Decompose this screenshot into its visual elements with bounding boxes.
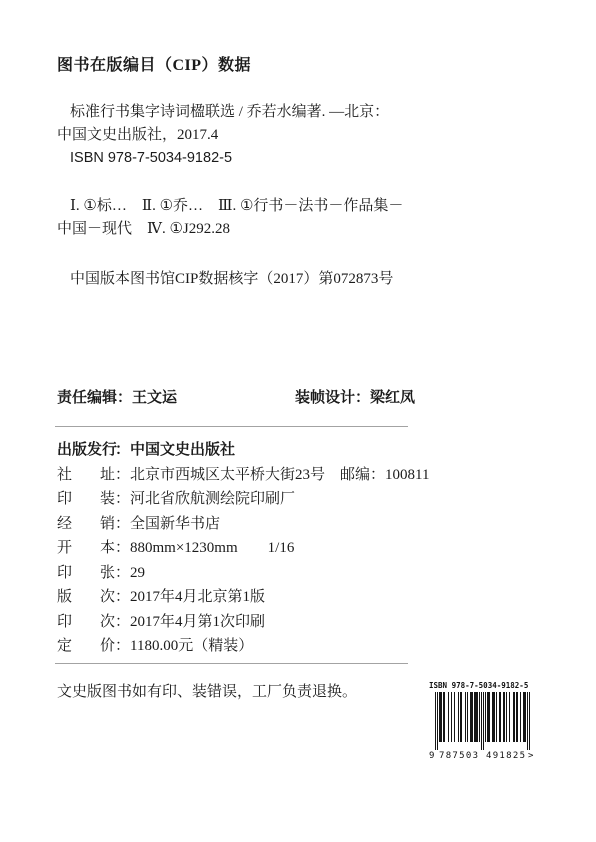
editor-credit: 责任编辑：王文运	[57, 390, 177, 406]
designer-name: 梁红凤	[370, 390, 415, 406]
colon: ：	[115, 634, 130, 659]
pub-row-value: 北京市西城区太平桥大街23号 邮编：100811	[130, 463, 429, 488]
cip-classification-line: 中国－现代 Ⅳ. ①J292.28	[57, 218, 403, 241]
credits-row: 责任编辑：王文运 装帧设计：梁红凤	[57, 386, 537, 407]
colon: ：	[355, 390, 370, 406]
isbn-barcode: ISBN 978-7-5034-9182-5 9787503491825>	[428, 681, 534, 760]
return-note: 文史版图书如有印、装错误，工厂负责退换。	[57, 680, 357, 701]
cip-entry-line: 标准行书集字诗词楹联选 / 乔若水编著. —北京：	[57, 101, 389, 124]
colon: ：	[115, 438, 130, 463]
pub-row-label: 开本	[57, 536, 115, 561]
cip-entry-paragraph: 标准行书集字诗词楹联选 / 乔若水编著. —北京： 中国文史出版社，2017.4…	[57, 101, 389, 170]
pub-row-publisher: 出版发行：中国文史出版社	[57, 438, 429, 463]
pub-row-label: 印装	[57, 487, 115, 512]
pub-row-label: 经销	[57, 512, 115, 537]
designer-credit: 装帧设计：梁红凤	[295, 386, 415, 407]
pub-row-value: 2017年4月北京第1版	[130, 585, 265, 610]
pub-row-label: 社址	[57, 463, 115, 488]
colon: ：	[115, 536, 130, 561]
colon: ：	[115, 487, 130, 512]
barcode-svg: 9787503491825>	[428, 692, 534, 760]
pub-row-label: 出版发行	[57, 438, 115, 463]
pub-row-label: 印张	[57, 561, 115, 586]
pub-row-printer: 印装：河北省欣航测绘院印刷厂	[57, 487, 429, 512]
colon: ：	[115, 512, 130, 537]
pub-row-label: 印次	[57, 610, 115, 635]
designer-label: 装帧设计	[295, 390, 355, 406]
barcode-right-digits: 491825	[486, 751, 525, 760]
pub-row-value: 2017年4月第1次印刷	[130, 610, 265, 635]
pub-row-label: 版次	[57, 585, 115, 610]
cip-entry-line: 中国文史出版社，2017.4	[57, 124, 389, 147]
divider-top	[55, 426, 408, 427]
copyright-page: 图书在版编目（CIP）数据 标准行书集字诗词楹联选 / 乔若水编著. —北京： …	[0, 0, 596, 842]
colon: ：	[115, 585, 130, 610]
colon: ：	[115, 561, 130, 586]
pub-row-value: 全国新华书店	[130, 512, 220, 537]
barcode-lead-digit: 9	[429, 751, 434, 760]
cip-isbn-line: ISBN 978-7-5034-9182-5	[57, 147, 389, 170]
barcode-left-digits: 787503	[439, 751, 478, 760]
pub-row-value: 河北省欣航测绘院印刷厂	[130, 487, 295, 512]
pub-row-edition: 版次：2017年4月北京第1版	[57, 585, 429, 610]
pub-row-label: 定价	[57, 634, 115, 659]
pub-row-price: 定价：1180.00元（精装）	[57, 634, 429, 659]
editor-name: 王文运	[132, 390, 177, 406]
pub-row-value: 中国文史出版社	[130, 438, 235, 463]
editor-label: 责任编辑	[57, 390, 117, 406]
pub-row-value: 1180.00元（精装）	[130, 634, 253, 659]
cip-classification-paragraph: Ⅰ. ①标… Ⅱ. ①乔… Ⅲ. ①行书－法书－作品集－ 中国－现代 Ⅳ. ①J…	[57, 195, 403, 241]
pub-row-distributor: 经销：全国新华书店	[57, 512, 429, 537]
colon: ：	[115, 463, 130, 488]
colon: ：	[115, 610, 130, 635]
pub-row-address: 社址：北京市西城区太平桥大街23号 邮编：100811	[57, 463, 429, 488]
divider-bottom	[55, 663, 408, 664]
barcode-suffix: >	[528, 751, 534, 760]
pub-row-value: 880mm×1230mm 1/16	[130, 536, 294, 561]
publication-info-block: 出版发行：中国文史出版社 社址：北京市西城区太平桥大街23号 邮编：100811…	[57, 438, 429, 659]
pub-row-value: 29	[130, 561, 145, 586]
pub-row-format: 开本：880mm×1230mm 1/16	[57, 536, 429, 561]
barcode-isbn-text: ISBN 978-7-5034-9182-5	[429, 681, 534, 690]
cip-classification-line: Ⅰ. ①标… Ⅱ. ①乔… Ⅲ. ①行书－法书－作品集－	[57, 195, 403, 218]
cip-record-number: 中国版本图书馆CIP数据核字（2017）第072873号	[57, 268, 393, 291]
colon: ：	[117, 390, 132, 406]
pub-row-sheets: 印张：29	[57, 561, 429, 586]
pub-row-impression: 印次：2017年4月第1次印刷	[57, 610, 429, 635]
cip-title: 图书在版编目（CIP）数据	[57, 52, 251, 75]
